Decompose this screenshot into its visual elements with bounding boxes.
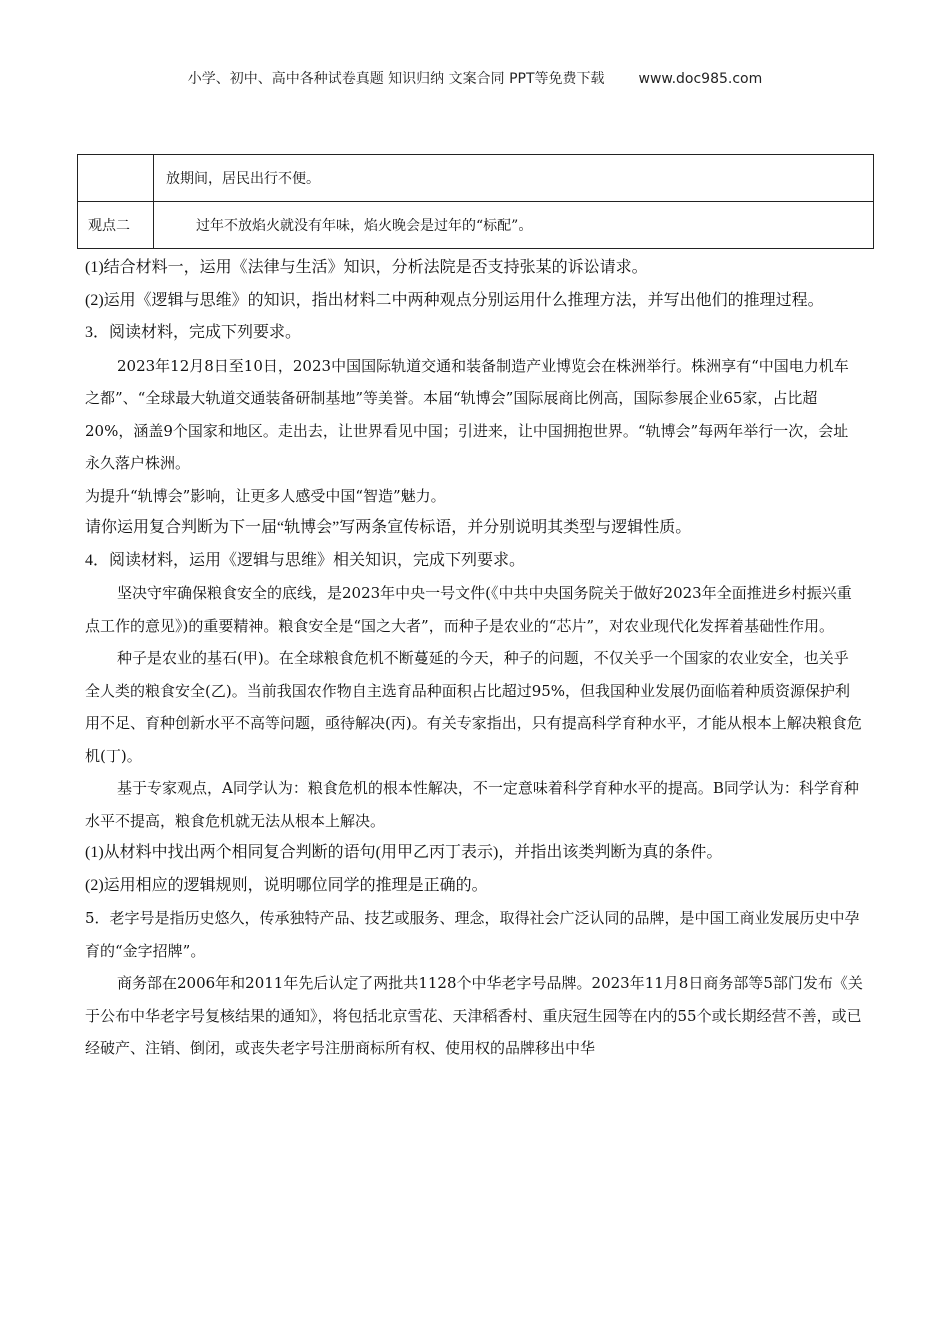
question-3-paragraph-2: 为提升“轨博会”影响，让更多人感受中国“智造”魅力。 — [85, 480, 863, 513]
header-banner: 小学、初中、高中各种试卷真题 知识归纳 文案合同 PPT等免费下载 — [188, 71, 605, 87]
question-4-sub-2: (2)运用相应的逻辑规则，说明哪位同学的推理是正确的。 — [85, 870, 863, 903]
question-2-sub-1: (1)结合材料一，运用《法律与生活》知识，分析法院是否支持张某的诉讼请求。 — [85, 252, 863, 285]
document-body: (1)结合材料一，运用《法律与生活》知识，分析法院是否支持张某的诉讼请求。 (2… — [85, 252, 863, 1065]
row-content: 放期间，居民出行不便。 — [154, 155, 874, 202]
row-label — [78, 155, 154, 202]
opinions-table: 放期间，居民出行不便。 观点二 过年不放焰火就没有年味，焰火晚会是过年的“标配”… — [77, 154, 874, 249]
question-5-paragraph-1: 商务部在2006年和2011年先后认定了两批共1128个中华老字号品牌。2023… — [85, 967, 863, 1065]
question-4-paragraph-3: 基于专家观点，A同学认为：粮食危机的根本性解决，不一定意味着科学育种水平的提高。… — [85, 772, 863, 837]
question-4-title: 4．阅读材料，运用《逻辑与思维》相关知识，完成下列要求。 — [85, 545, 863, 578]
question-4-sub-1: (1)从材料中找出两个相同复合判断的语句(用甲乙丙丁表示)，并指出该类判断为真的… — [85, 837, 863, 870]
question-3-paragraph-1: 2023年12月8日至10日，2023中国国际轨道交通和装备制造产业博览会在株洲… — [85, 350, 863, 480]
question-3-task: 请你运用复合判断为下一届“轨博会”写两条宣传标语，并分别说明其类型与逻辑性质。 — [85, 512, 863, 545]
table-row: 放期间，居民出行不便。 — [78, 155, 874, 202]
header-url[interactable]: www.doc985.com — [639, 71, 763, 87]
question-4-paragraph-2: 种子是农业的基石(甲)。在全球粮食危机不断蔓延的今天，种子的问题，不仅关乎一个国… — [85, 642, 863, 772]
question-5-intro: 5．老字号是指历史悠久，传承独特产品、技艺或服务、理念，取得社会广泛认同的品牌，… — [85, 902, 863, 967]
row-content: 过年不放焰火就没有年味，焰火晚会是过年的“标配”。 — [154, 202, 874, 249]
table-row: 观点二 过年不放焰火就没有年味，焰火晚会是过年的“标配”。 — [78, 202, 874, 249]
question-3-title: 3．阅读材料，完成下列要求。 — [85, 317, 863, 350]
question-2-sub-2: (2)运用《逻辑与思维》的知识，指出材料二中两种观点分别运用什么推理方法，并写出… — [85, 285, 863, 318]
row-label: 观点二 — [78, 202, 154, 249]
question-4-paragraph-1: 坚决守牢确保粮食安全的底线，是2023年中央一号文件(《中共中央国务院关于做好2… — [85, 577, 863, 642]
page-header: 小学、初中、高中各种试卷真题 知识归纳 文案合同 PPT等免费下载www.doc… — [0, 68, 950, 88]
